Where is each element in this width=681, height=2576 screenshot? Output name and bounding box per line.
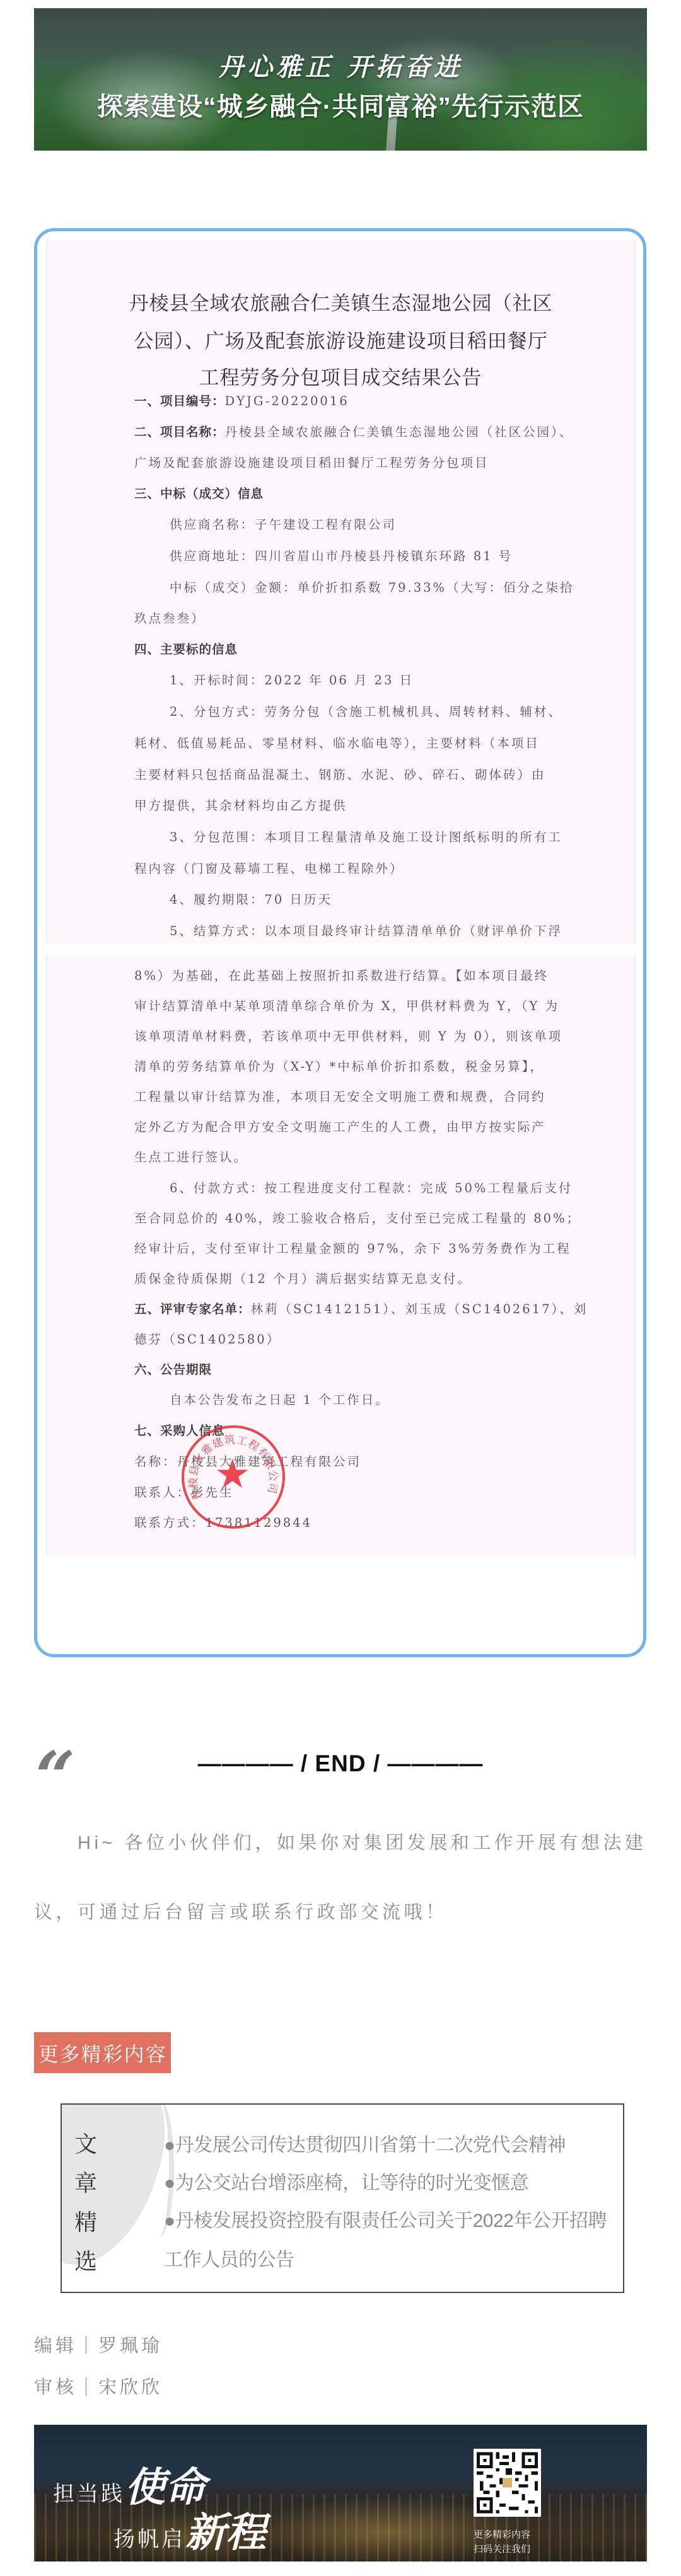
award-amount-cont: 玖点叁叁） [134,609,206,626]
announcement-title-line: 丹棱县全域农旅融合仁美镇生态湿地公园（社区 [47,287,635,316]
subject-line: 3、分包范围：本项目工程量清单及施工设计图纸标明的所有工 [170,827,562,845]
qr-caption-follow: 扫码关注我们 [474,2542,530,2555]
announcement-scan-image: 丹棱县全域农旅融合仁美镇生态湿地公园（社区 公园）、广场及配套旅游设施建设项目稻… [46,240,636,1556]
banner-slogan: 丹心雅正 开拓奋进 [34,47,647,83]
subject-line: 主要材料只包括商品混凝土、钢筋、水泥、砂、碎石、砌体砖）由 [134,765,546,783]
subject-line: 8%）为基础，在此基础上按照折扣系数进行结算。【如本项目最终 [134,966,549,984]
subject-line: 2、分包方式：劳务分包（含施工机械机具、周转材料、辅材、 [170,702,562,720]
notice-period: 自本公告发布之日起 1 个工作日。 [170,1390,390,1408]
banner-title: 探索建设“城乡融合·共同富裕”先行示范区 [34,86,647,123]
subject-line: 程内容（门窗及幕墙工程、电梯工程除外） [134,859,404,877]
experts-label: 五、评审专家名单： [134,1302,251,1316]
article-title: 为公交站台增添座椅，让等待的时光变惬意 [175,2173,529,2194]
project-number-value: DYJG-20220016 [225,394,349,408]
subject-line: 6、付款方式：按工程进度支付工程款：完成 50%工程量后支付 [170,1178,573,1196]
experts-list: 五、评审专家名单：林莉（SC1412151）、刘玉成（SC1402617）、刘 [134,1299,588,1317]
featured-label-line: 文章 [74,2125,125,2203]
experts-value: 林莉（SC1412151）、刘玉成（SC1402617）、刘 [251,1302,588,1316]
subject-line: 耗材、低值易耗品、零星材料、临水临电等），主要材料（本项目 [134,733,540,751]
footer-slogan-big: 新程 [185,2509,266,2556]
bullet-icon: ● [164,2135,175,2156]
subject-line: 该单项清单材料费，若该单项中无甲供材料，则 Y 为 0），则该单项 [134,1026,562,1044]
greeting-text: Hi~ 各位小伙伴们，如果你对集团发展和工作开展有想法建议，可通过后台留言或联系… [34,1808,649,1947]
subject-line: 5、结算方式：以本项目最终审计结算清单单价（财评单价下浮 [170,921,562,939]
article-title: 丹棱发展投资控股有限责任公司关于2022年公开招聘工作人员的公告 [164,2211,607,2270]
supplier-address: 供应商地址：四川省眉山市丹棱县丹棱镇东环路 81 号 [170,546,513,564]
scan-join-gap [46,943,636,955]
subject-line: 至合同总价的 40%，竣工验收合格后，支付至已完成工程量的 80%； [134,1209,581,1226]
section-heading-award: 三、中标（成交）信息 [134,484,264,502]
qr-code-icon[interactable] [474,2449,541,2517]
footer-slogan-line2: 扬帆启新程 [113,2500,266,2558]
experts-list-cont: 德芬（SC1402580） [134,1330,281,1347]
subject-line: 4、履约期限：70 日历天 [170,890,332,907]
section-heading-period: 六、公告期限 [134,1360,212,1377]
end-marker: ———— / END / ———— [0,1751,681,1777]
subject-line: 甲方提供，其余材料均由乙方提供 [134,796,347,814]
subject-line: 定外乙方为配合甲方安全文明施工产生的人工费，由甲方按实际产 [134,1117,546,1135]
subject-line: 清单的劳务结算单价为（X-Y）*中标单价折扣系数，税金另算】， [134,1057,544,1074]
quote-mark-icon: “ [35,1742,75,1812]
article-link[interactable]: ●丹发展公司传达贯彻四川省第十二次党代会精神 [164,2126,612,2165]
article-link[interactable]: ●为公交站台增添座椅，让等待的时光变惬意 [164,2164,612,2203]
announcement-title-line: 公园）、广场及配套旅游设施建设项目稻田餐厅 [47,325,635,354]
header-banner-image: 丹心雅正 开拓奋进 探索建设“城乡融合·共同富裕”先行示范区 [34,8,647,151]
project-number: 一、项目编号：DYJG-20220016 [134,391,349,409]
announcement-title-line: 工程劳务分包项目成交结果公告 [47,362,635,390]
subject-line: 工程量以审计结算为准，本项目无安全文明施工费和规费，合同约 [134,1087,546,1105]
subject-line: 经审计后，支付至审计工程量金额的 97%，余下 3%劳务费作为工程 [134,1239,571,1256]
reviewer-credit: 审核｜宋欣欣 [34,2373,163,2399]
seal-star-icon: ★ [214,1454,250,1495]
project-name: 二、项目名称：丹棱县全域农旅融合仁美镇生态湿地公园（社区公园）、 [134,422,573,440]
more-content-tag: 更多精彩内容 [34,2032,171,2073]
bullet-icon: ● [164,2211,175,2231]
qr-caption-more: 更多精彩内容 [474,2527,530,2541]
project-number-label: 一、项目编号： [134,394,225,408]
company-seal-stamp: 丹棱县大雅建筑工程有限公司 ★ [182,1425,285,1529]
award-amount: 中标（成交）金额：单价折扣系数 79.33%（大写：佰分之柒拾 [170,578,574,595]
section-heading-subject: 四、主要标的信息 [134,640,238,657]
project-name-cont: 广场及配套旅游设施建设项目稻田餐厅工程劳务分包项目 [134,453,489,471]
project-name-label: 二、项目名称： [134,425,225,439]
editor-credit: 编辑｜罗珮瑜 [34,2332,163,2357]
subject-line: 质保金待质保期（12 个月）满后据实结算无息支付。 [134,1269,472,1287]
subject-line: 审计结算清单中某单项清单综合单价为 X，甲供材料费为 Y，（Y 为 [134,996,559,1014]
footer-slogan-small: 扬帆启 [113,2527,185,2552]
article-title: 丹发展公司传达贯彻四川省第十二次党代会精神 [175,2135,566,2156]
subject-line: 生点工进行签认。 [134,1147,248,1165]
bullet-icon: ● [164,2173,175,2194]
featured-label: 文章 精选 [74,2125,125,2281]
article-link[interactable]: ●丹棱发展投资控股有限责任公司关于2022年公开招聘工作人员的公告 [164,2202,612,2280]
supplier-name: 供应商名称：子午建设工程有限公司 [170,515,397,532]
subject-line: 1、开标时间：2022 年 06 月 23 日 [170,670,414,688]
featured-label-line: 精选 [74,2203,125,2281]
project-name-value: 丹棱县全域农旅融合仁美镇生态湿地公园（社区公园）、 [225,425,574,439]
footer-banner-image: 担当践使命 扬帆启新程 更多精彩内容 扫码关注我们 [34,2425,647,2562]
featured-articles-box: 文章 精选 ●丹发展公司传达贯彻四川省第十二次党代会精神 ●为公交站台增添座椅，… [61,2103,624,2293]
